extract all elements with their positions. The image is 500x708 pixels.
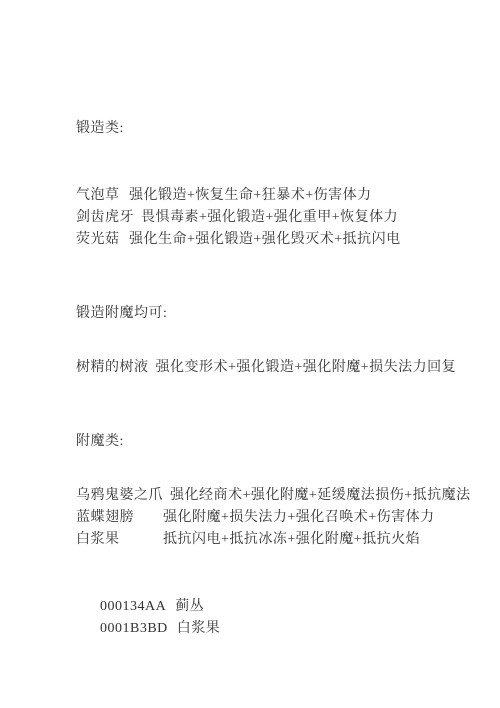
document-page: 锻造类: 气泡草 强化锻造+恢复生命+狂暴术+伤害体力 剑齿虎牙 畏惧毒素+强化…: [0, 0, 500, 708]
ingredient-row: 荧光菇 强化生命+强化锻造+强化毁灭术+抵抗闪电: [76, 229, 401, 251]
console-id-list: 000134AA 蓟丛 0001B3BD 白浆果: [100, 596, 220, 640]
ingredient-row: 白浆果 抵抗闪电+抵抗冰冻+强化附魔+抵抗火焰: [76, 529, 471, 551]
ingredient-row: 树精的树液 强化变形术+强化锻造+强化附魔+损失法力回复: [76, 357, 456, 379]
forge-ingredient-list: 气泡草 强化锻造+恢复生命+狂暴术+伤害体力 剑齿虎牙 畏惧毒素+强化锻造+强化…: [76, 185, 401, 251]
ingredient-row: 乌鸦鬼婆之爪 强化经商术+强化附魔+延缓魔法损伤+抵抗魔法: [76, 485, 471, 507]
section-heading-forge: 锻造类:: [76, 118, 124, 140]
ingredient-name: 树精的树液: [76, 357, 149, 379]
console-id-code: 000134AA: [100, 596, 166, 618]
ingredient-row: 蓝蝶翅膀 强化附魔+损失法力+强化召唤术+伤害体力: [76, 507, 471, 529]
ingredient-row: 气泡草 强化锻造+恢复生命+狂暴术+伤害体力: [76, 185, 401, 207]
console-id-label: 蓟丛: [175, 596, 204, 618]
ingredient-row: 剑齿虎牙 畏惧毒素+强化锻造+强化重甲+恢复体力: [76, 207, 401, 229]
console-id-row: 0001B3BD 白浆果: [100, 618, 220, 640]
ingredient-effects: 强化变形术+强化锻造+强化附魔+损失法力回复: [156, 357, 457, 379]
section-heading-enchant: 附魔类:: [76, 431, 124, 453]
ingredient-effects: 强化生命+强化锻造+强化毁灭术+抵抗闪电: [129, 229, 401, 251]
ingredient-effects: 强化锻造+恢复生命+狂暴术+伤害体力: [129, 185, 372, 207]
enchant-ingredient-list: 乌鸦鬼婆之爪 强化经商术+强化附魔+延缓魔法损伤+抵抗魔法 蓝蝶翅膀 强化附魔+…: [76, 485, 471, 551]
console-id-code: 0001B3BD: [100, 618, 168, 640]
console-id-row: 000134AA 蓟丛: [100, 596, 220, 618]
ingredient-effects: 强化经商术+强化附魔+延缓魔法损伤+抵抗魔法: [170, 485, 471, 507]
ingredient-name: 剑齿虎牙: [76, 207, 134, 229]
console-id-label: 白浆果: [177, 618, 221, 640]
ingredient-name: 白浆果: [76, 529, 156, 551]
ingredient-effects: 强化附魔+损失法力+强化召唤术+伤害体力: [163, 507, 435, 529]
ingredient-effects: 畏惧毒素+强化锻造+强化重甲+恢复体力: [141, 207, 398, 229]
section-heading-forge-enchant: 锻造附魔均可:: [76, 303, 167, 325]
ingredient-name: 蓝蝶翅膀: [76, 507, 156, 529]
ingredient-name: 荧光菇: [76, 229, 122, 251]
ingredient-effects: 抵抗闪电+抵抗冰冻+强化附魔+抵抗火焰: [163, 529, 420, 551]
forge-enchant-ingredient-list: 树精的树液 强化变形术+强化锻造+强化附魔+损失法力回复: [76, 357, 456, 379]
ingredient-name: 气泡草: [76, 185, 122, 207]
ingredient-name: 乌鸦鬼婆之爪: [76, 485, 163, 507]
